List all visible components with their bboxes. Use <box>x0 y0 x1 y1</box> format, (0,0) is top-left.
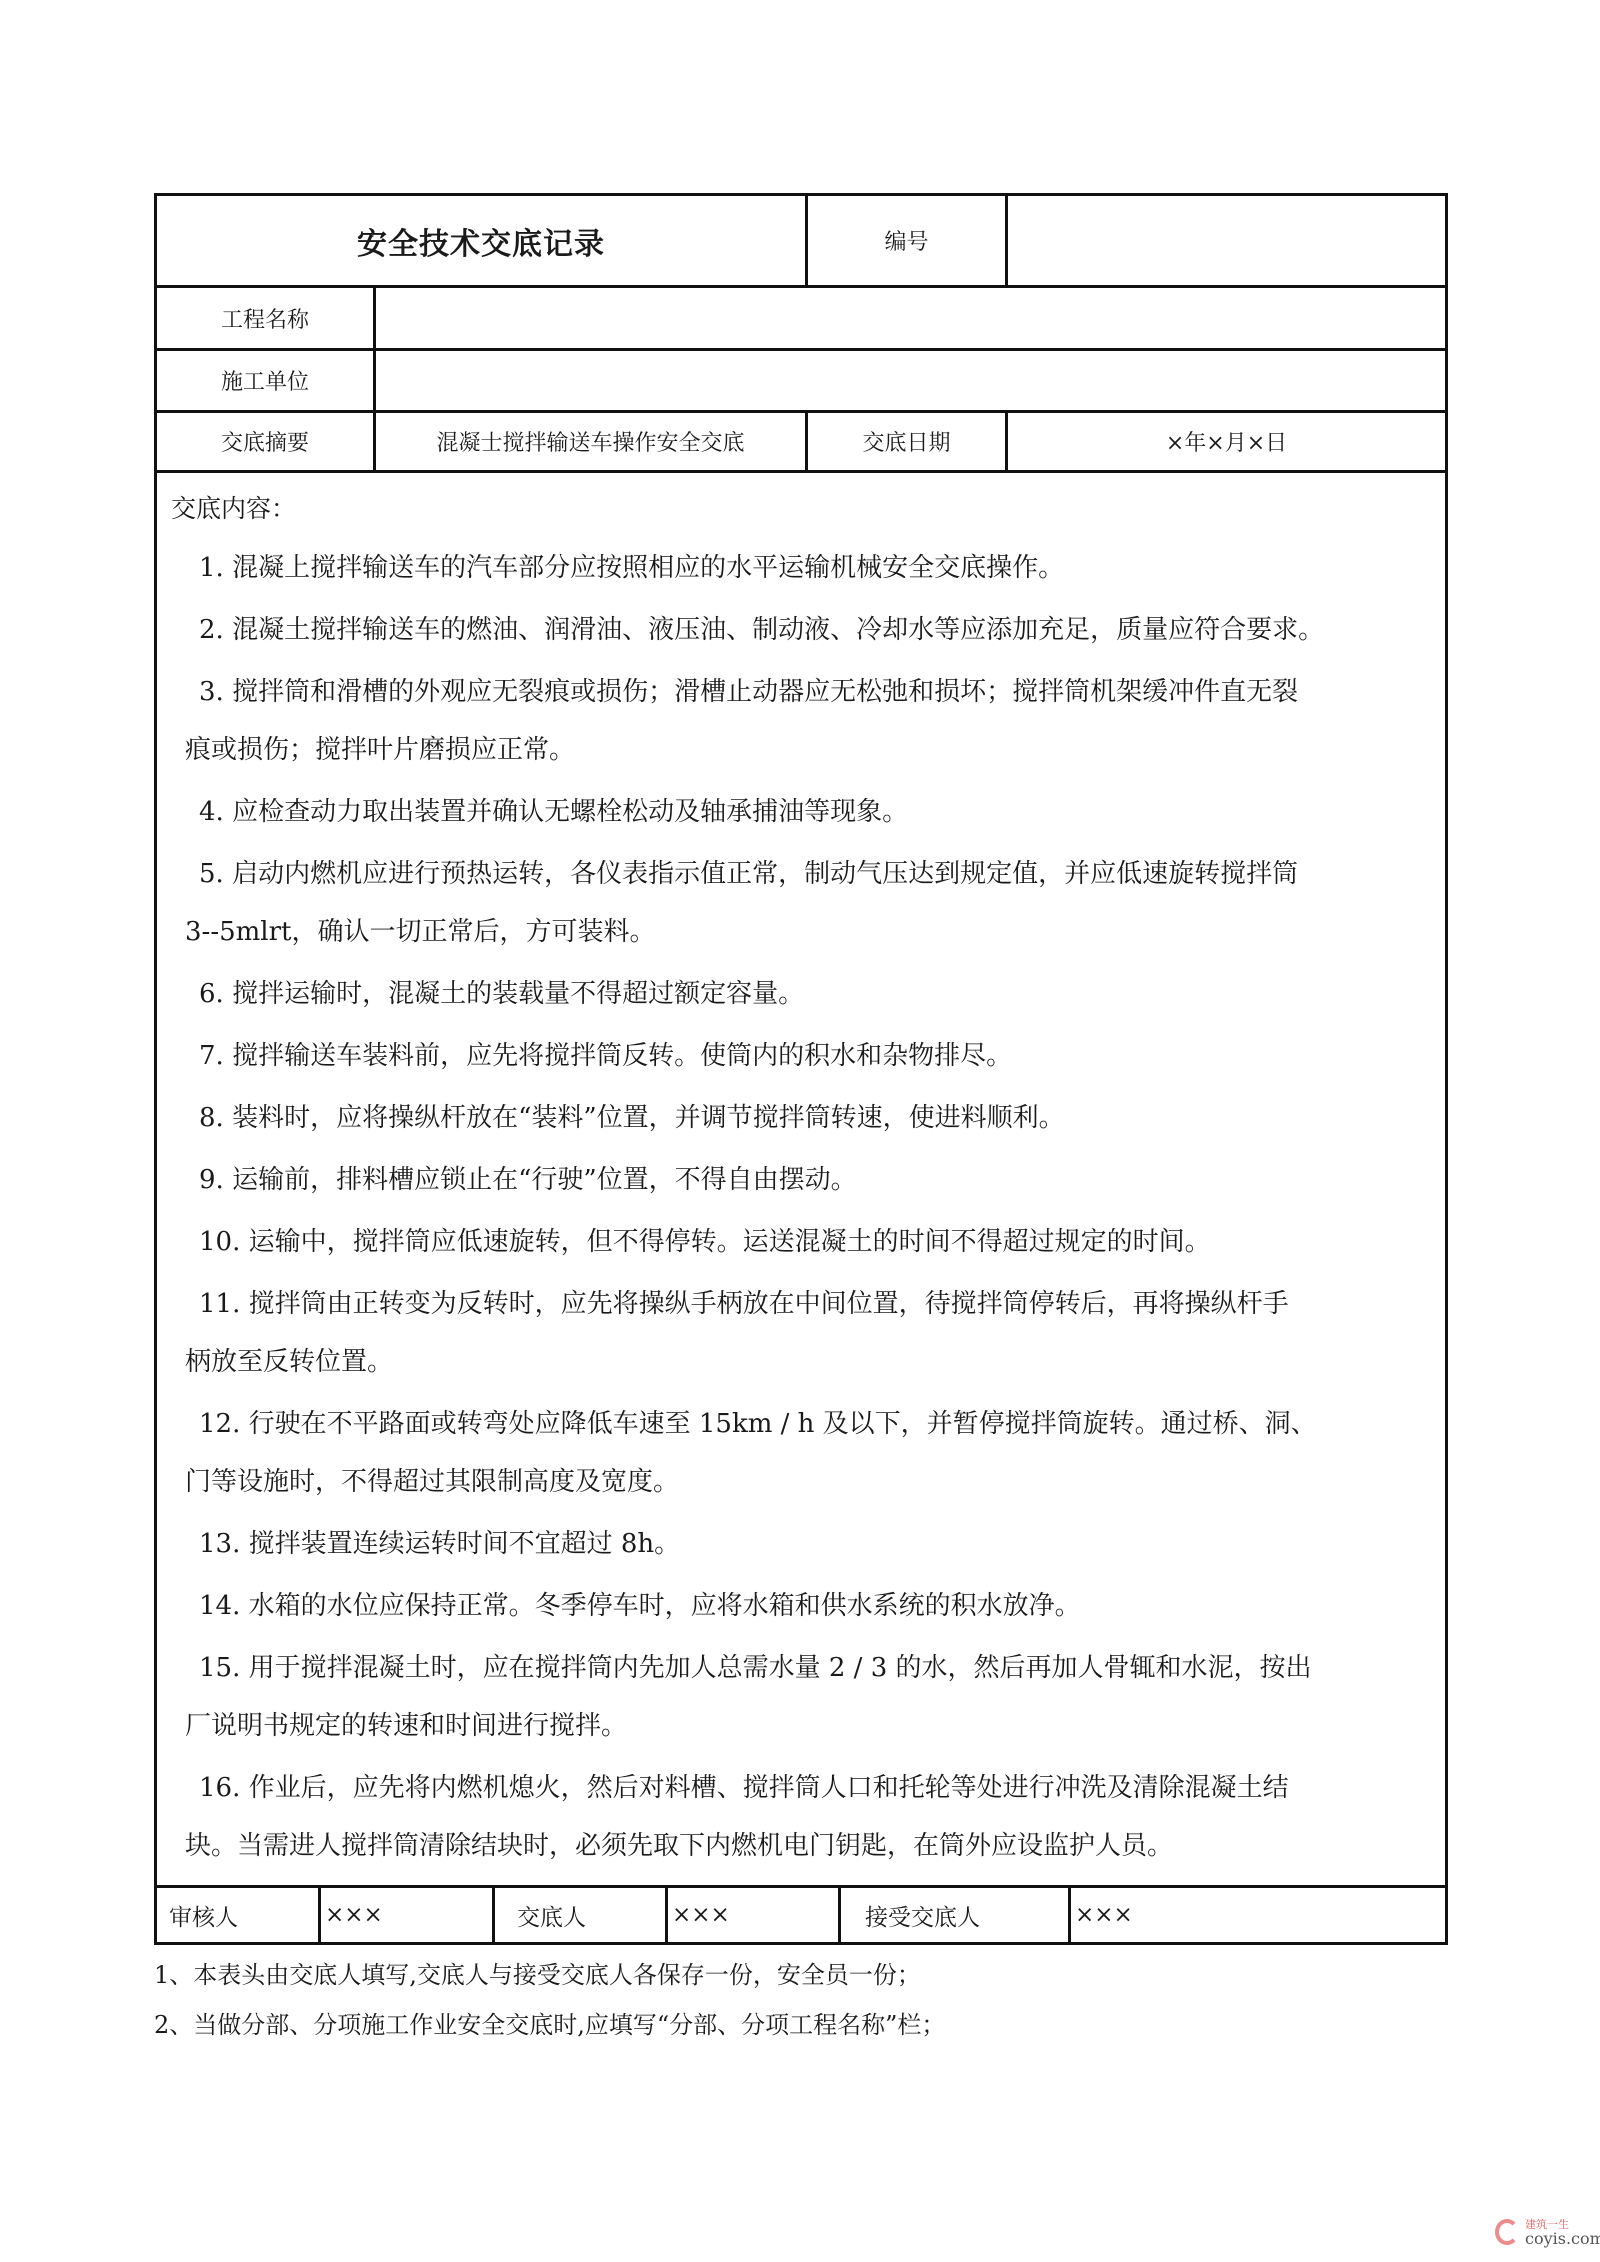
receiver-label: 接受交底人 <box>841 1888 1068 1942</box>
briefing-content: 交底内容： 1. 混凝上搅拌输送车的汽车部分应按照相应的水平运输机械安全交底操作… <box>157 473 1445 1888</box>
briefing-item-continuation: 门等设施时，不得超过其限制高度及宽度。 <box>185 1453 1433 1511</box>
form-title: 安全技术交底记录 <box>157 196 805 285</box>
construction-unit-label: 施工单位 <box>157 351 373 410</box>
briefing-item-text: 13. 搅拌装置连续运转时间不宜超过 8h。 <box>199 1515 1433 1573</box>
briefing-item-text: 6. 搅拌运输时，混凝土的装载量不得超过额定容量。 <box>199 965 1433 1023</box>
footnote-1: 1、本表头由交底人填写,交底人与接受交底人各保存一份，安全员一份； <box>154 1950 1454 2000</box>
number-field[interactable] <box>1008 196 1445 285</box>
briefing-item-text: 2. 混凝土搅拌输送车的燃油、润滑油、液压油、制动液、冷却水等应添加充足，质量应… <box>199 601 1433 659</box>
briefing-item-text: 3. 搅拌筒和滑槽的外观应无裂痕或损伤；滑槽止动器应无松弛和损坏；搅拌筒机架缓冲… <box>199 663 1433 721</box>
briefing-item-text: 1. 混凝上搅拌输送车的汽车部分应按照相应的水平运输机械安全交底操作。 <box>199 539 1433 597</box>
briefing-item-text: 16. 作业后，应先将内燃机熄火，然后对料槽、搅拌筒人口和托轮等处进行冲洗及清除… <box>199 1759 1433 1817</box>
briefing-item-continuation: 厂说明书规定的转速和时间进行搅拌。 <box>185 1697 1433 1755</box>
summary-value: 混凝士搅拌输送车操作安全交底 <box>376 413 805 470</box>
footnote-2: 2、当做分部、分项施工作业安全交底时,应填写“分部、分项工程名称”栏； <box>154 2000 1454 2050</box>
briefing-item-text: 12. 行驶在不平路面或转弯处应降低车速至 15km / h 及以下，并暂停搅拌… <box>199 1395 1433 1453</box>
project-name-field[interactable] <box>376 288 1445 348</box>
briefing-item-text: 10. 运输中，搅拌筒应低速旋转，但不得停转。运送混凝土的时间不得超过规定的时间… <box>199 1213 1433 1271</box>
briefing-item: 10. 运输中，搅拌筒应低速旋转，但不得停转。运送混凝土的时间不得超过规定的时间… <box>171 1213 1433 1271</box>
briefing-item: 9. 运输前，排料槽应锁止在“行驶”位置，不得自由摆动。 <box>171 1151 1433 1209</box>
construction-unit-field[interactable] <box>376 351 1445 410</box>
briefing-item: 11. 搅拌筒由正转变为反转时，应先将操纵手柄放在中间位置，待搅拌筒停转后，再将… <box>171 1275 1433 1391</box>
briefing-item-text: 9. 运输前，排料槽应锁止在“行驶”位置，不得自由摆动。 <box>199 1151 1433 1209</box>
briefing-item: 15. 用于搅拌混凝土时，应在搅拌筒内先加人总需水量 2 / 3 的水，然后再加… <box>171 1639 1433 1755</box>
safety-briefing-table: 安全技术交底记录 编号 工程名称 施工单位 交底摘要 混凝士搅拌输送车操作安全交… <box>154 193 1448 1945</box>
watermark: 建筑一生 coyis.com <box>1495 2218 1600 2246</box>
briefing-item-text: 5. 启动内燃机应进行预热运转，各仪表指示值正常，制动气压达到规定值，并应低速旋… <box>199 845 1433 903</box>
briefing-item: 3. 搅拌筒和滑槽的外观应无裂痕或损伤；滑槽止动器应无松弛和损坏；搅拌筒机架缓冲… <box>171 663 1433 779</box>
date-value: ×年×月×日 <box>1008 413 1445 470</box>
briefing-items-list: 1. 混凝上搅拌输送车的汽车部分应按照相应的水平运输机械安全交底操作。2. 混凝… <box>171 539 1433 1875</box>
summary-label: 交底摘要 <box>157 413 373 470</box>
project-name-label: 工程名称 <box>157 288 373 348</box>
briefing-item-continuation: 3--5mlrt，确认一切正常后，方可装料。 <box>185 903 1433 961</box>
reviewer-label: 审核人 <box>157 1888 318 1942</box>
presenter-value[interactable]: ××× <box>668 1888 838 1942</box>
briefing-item-continuation: 块。当需进人搅拌筒清除结块时，必须先取下内燃机电门钥匙，在筒外应设监护人员。 <box>185 1817 1433 1875</box>
briefing-item: 1. 混凝上搅拌输送车的汽车部分应按照相应的水平运输机械安全交底操作。 <box>171 539 1433 597</box>
briefing-item-text: 8. 装料时，应将操纵杆放在“装料”位置，并调节搅拌筒转速，使进料顺利。 <box>199 1089 1433 1147</box>
reviewer-value[interactable]: ××× <box>321 1888 492 1942</box>
content-label: 交底内容： <box>171 489 1433 529</box>
footnotes: 1、本表头由交底人填写,交底人与接受交底人各保存一份，安全员一份； 2、当做分部… <box>154 1950 1454 2050</box>
briefing-item: 6. 搅拌运输时，混凝土的装载量不得超过额定容量。 <box>171 965 1433 1023</box>
briefing-item-continuation: 柄放至反转位置。 <box>185 1333 1433 1391</box>
briefing-item: 5. 启动内燃机应进行预热运转，各仪表指示值正常，制动气压达到规定值，并应低速旋… <box>171 845 1433 961</box>
number-label: 编号 <box>808 196 1005 285</box>
briefing-item: 16. 作业后，应先将内燃机熄火，然后对料槽、搅拌筒人口和托轮等处进行冲洗及清除… <box>171 1759 1433 1875</box>
signature-row: 审核人 ××× 交底人 ××× 接受交底人 ××× <box>157 1888 1445 1942</box>
presenter-label: 交底人 <box>495 1888 665 1942</box>
briefing-item: 13. 搅拌装置连续运转时间不宜超过 8h。 <box>171 1515 1433 1573</box>
watermark-en: coyis.com <box>1525 2232 1600 2246</box>
briefing-item-continuation: 痕或损伤；搅拌叶片磨损应正常。 <box>185 721 1433 779</box>
receiver-value[interactable]: ××× <box>1071 1888 1445 1942</box>
briefing-item: 7. 搅拌输送车装料前，应先将搅拌筒反转。使筒内的积水和杂物排尽。 <box>171 1027 1433 1085</box>
briefing-item: 14. 水箱的水位应保持正常。冬季停车时，应将水箱和供水系统的积水放净。 <box>171 1577 1433 1635</box>
coyis-logo-icon <box>1495 2219 1519 2245</box>
briefing-item: 12. 行驶在不平路面或转弯处应降低车速至 15km / h 及以下，并暂停搅拌… <box>171 1395 1433 1511</box>
briefing-item-text: 11. 搅拌筒由正转变为反转时，应先将操纵手柄放在中间位置，待搅拌筒停转后，再将… <box>199 1275 1433 1333</box>
briefing-item: 2. 混凝土搅拌输送车的燃油、润滑油、液压油、制动液、冷却水等应添加充足，质量应… <box>171 601 1433 659</box>
briefing-item: 8. 装料时，应将操纵杆放在“装料”位置，并调节搅拌筒转速，使进料顺利。 <box>171 1089 1433 1147</box>
briefing-item-text: 14. 水箱的水位应保持正常。冬季停车时，应将水箱和供水系统的积水放净。 <box>199 1577 1433 1635</box>
briefing-item-text: 15. 用于搅拌混凝土时，应在搅拌筒内先加人总需水量 2 / 3 的水，然后再加… <box>199 1639 1433 1697</box>
briefing-item: 4. 应检查动力取出装置并确认无螺栓松动及轴承捕油等现象。 <box>171 783 1433 841</box>
briefing-item-text: 7. 搅拌输送车装料前，应先将搅拌筒反转。使筒内的积水和杂物排尽。 <box>199 1027 1433 1085</box>
briefing-item-text: 4. 应检查动力取出装置并确认无螺栓松动及轴承捕油等现象。 <box>199 783 1433 841</box>
date-label: 交底日期 <box>808 413 1005 470</box>
document-page: 安全技术交底记录 编号 工程名称 施工单位 交底摘要 混凝士搅拌输送车操作安全交… <box>0 0 1600 2262</box>
